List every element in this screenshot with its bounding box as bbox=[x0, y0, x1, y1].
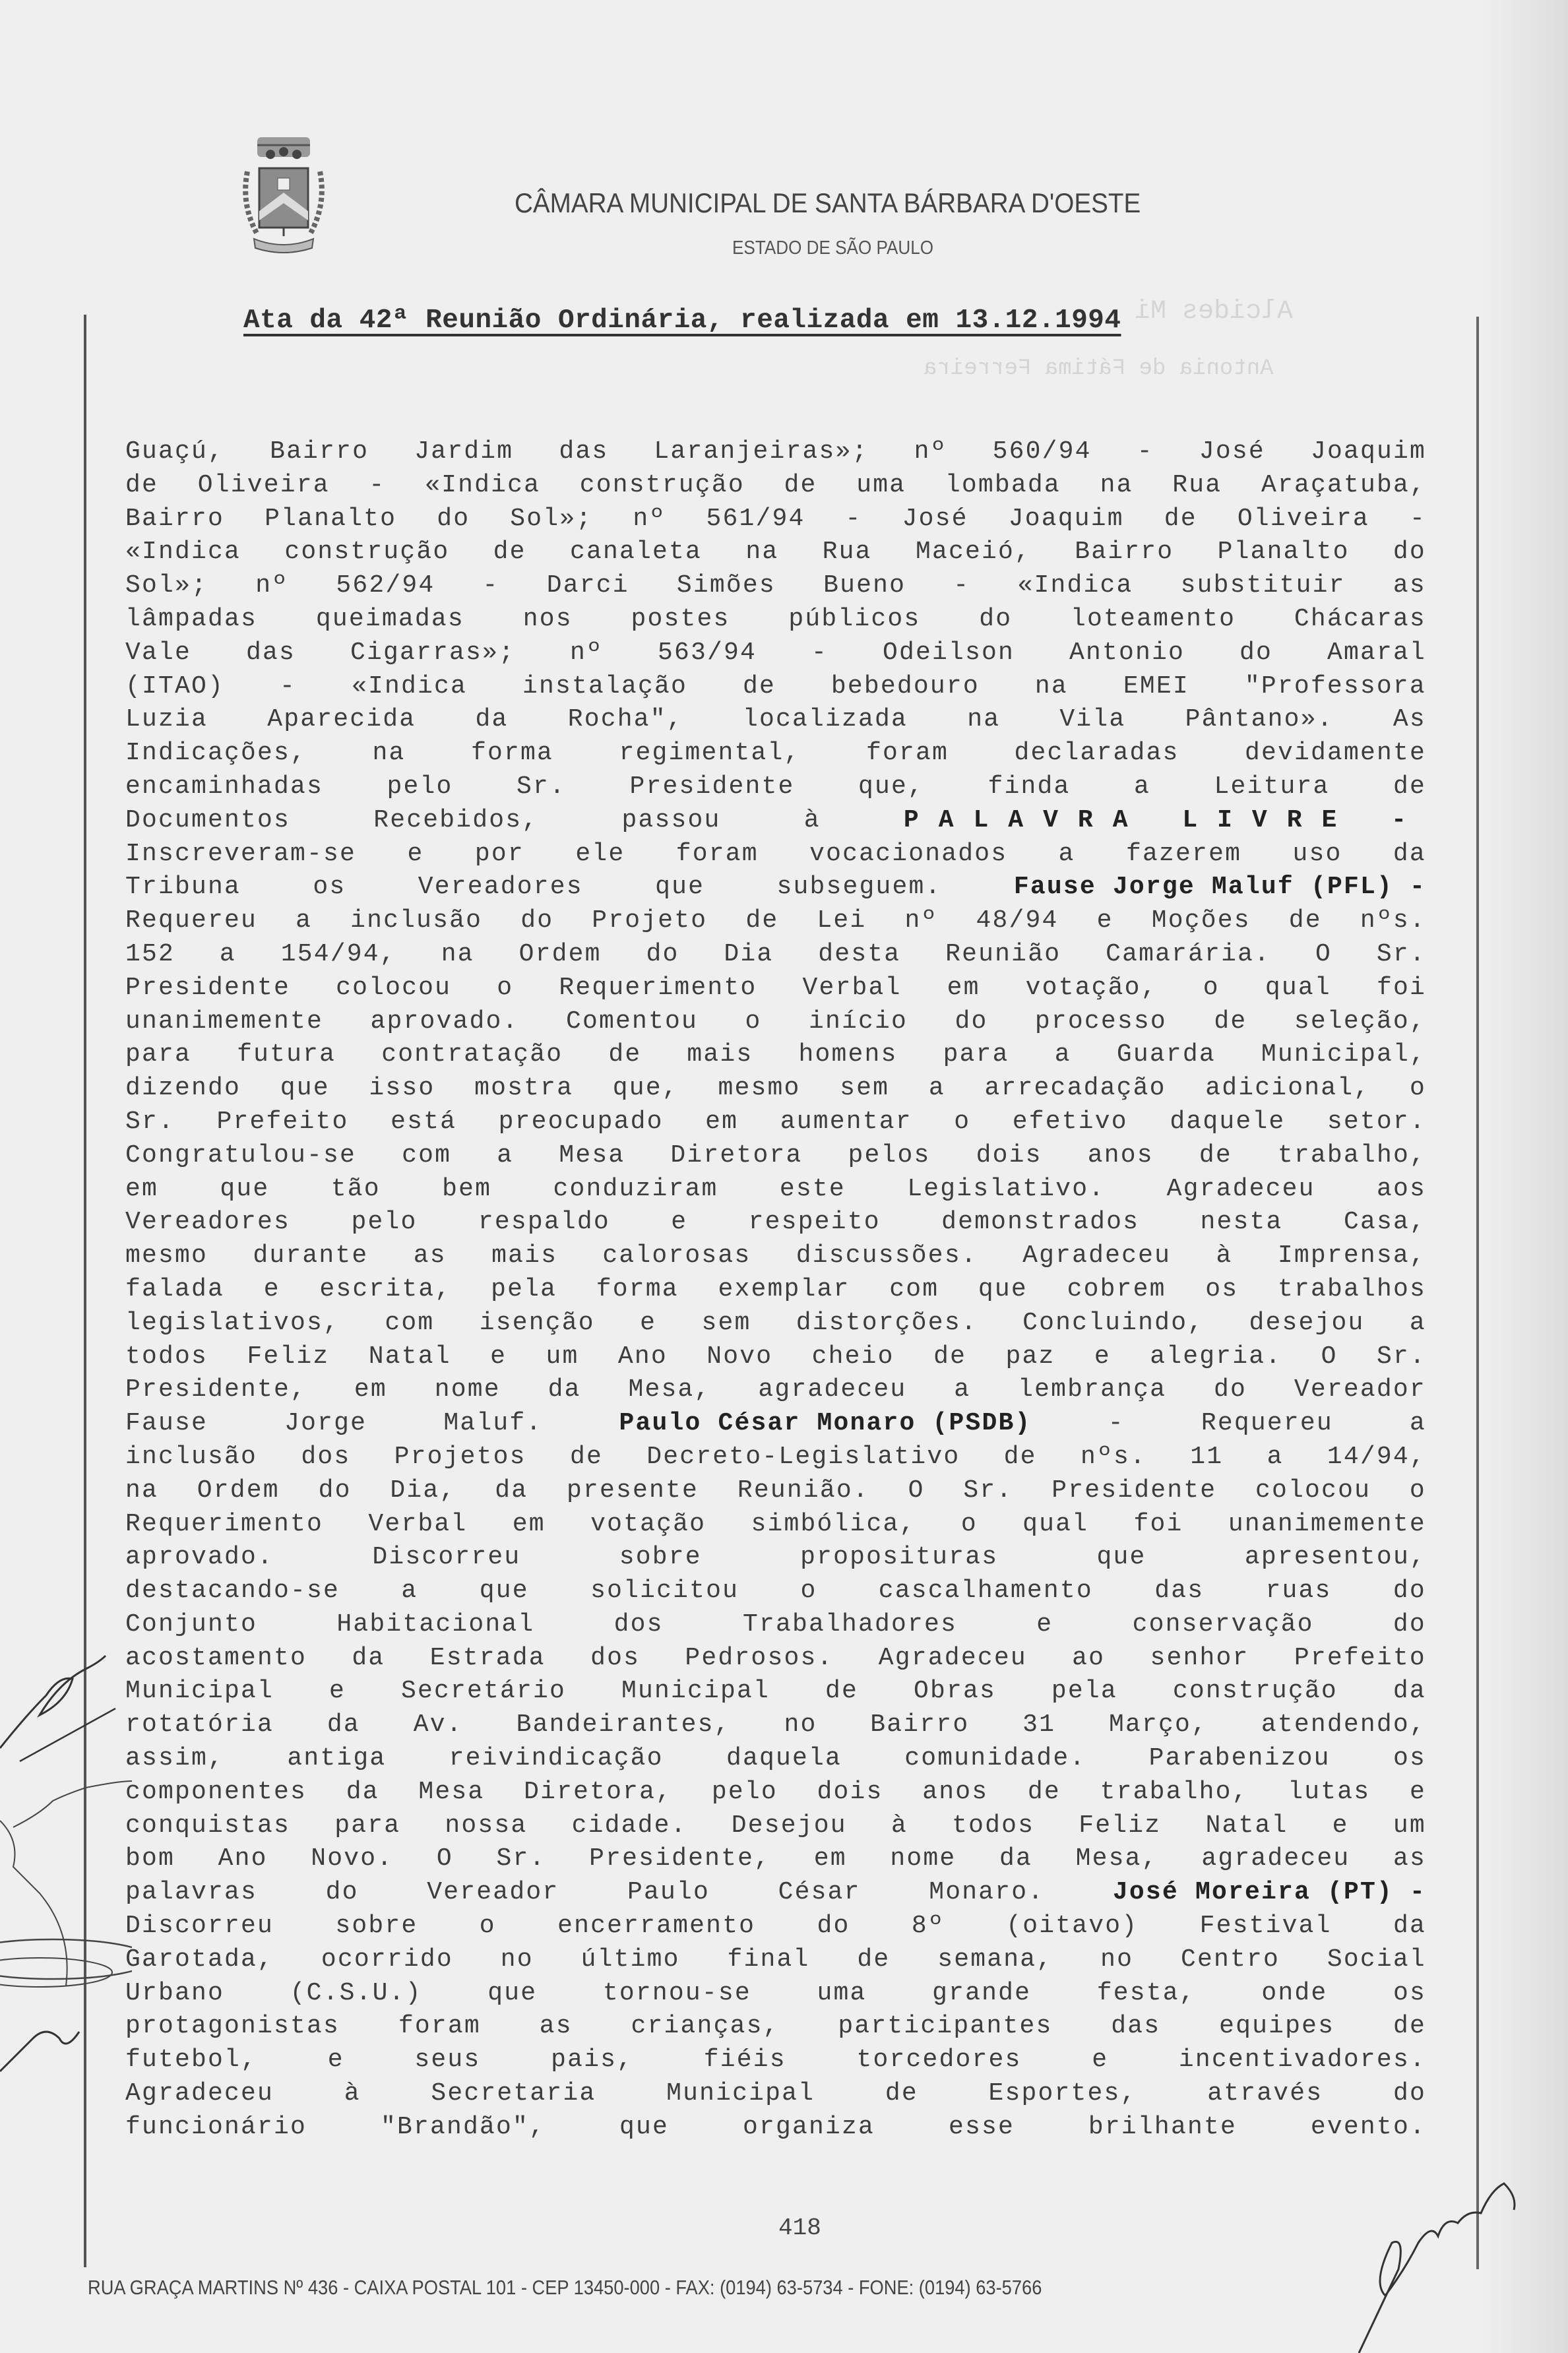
text-line: Indicações,naformaregimental,foramdeclar… bbox=[125, 737, 1426, 770]
text-line: faladaeescrita,pelaformaexemplarcomqueco… bbox=[125, 1273, 1426, 1307]
text-line: dizendoqueissomostraque,mesmosemaarrecad… bbox=[125, 1072, 1426, 1106]
text-line: AgradeceuàSecretariaMunicipaldeEsportes,… bbox=[125, 2077, 1426, 2111]
text-line: Sol»;nº562/94-DarciSimõesBueno-«Indicasu… bbox=[125, 569, 1426, 603]
text-line: TribunaosVereadoresquesubseguem.Fause Jo… bbox=[125, 871, 1426, 904]
coat-of-arms-icon bbox=[234, 132, 333, 257]
palavra-livre-heading: PALAVRA LIVRE - bbox=[904, 804, 1426, 838]
text-line: bomAnoNovo.OSr.Presidente,emnomedaMesa,a… bbox=[125, 1842, 1426, 1876]
text-line: Discorreusobreoencerramentodo8º(oitavo)F… bbox=[125, 1910, 1426, 1943]
page-edge-shadow bbox=[1482, 0, 1568, 2353]
text-line: acostamentodaEstradadosPedrosos.Agradece… bbox=[125, 1642, 1426, 1676]
page-border-left bbox=[84, 315, 86, 2267]
text-line: futebol,eseuspais,fiéistorcedoreseincent… bbox=[125, 2044, 1426, 2077]
text-line: rotatóriadaAv.Bandeirantes,noBairro31Mar… bbox=[125, 1709, 1426, 1742]
footer-address: RUA GRAÇA MARTINS Nº 436 - CAIXA POSTAL … bbox=[88, 2276, 1042, 2300]
text-line: 152a154/94,naOrdemdoDiadestaReuniãoCamar… bbox=[125, 938, 1426, 972]
text-line: mesmoduranteasmaiscalorosasdiscussões.Ag… bbox=[125, 1239, 1426, 1273]
text-line: RequerimentoVerbalemvotaçãosimbólica,oqu… bbox=[125, 1508, 1426, 1542]
signature-left-icon bbox=[0, 1616, 132, 2210]
text-line: FauseJorgeMaluf.Paulo César Monaro (PSDB… bbox=[125, 1407, 1426, 1441]
text-line: ValedasCigarras»;nº563/94-OdeilsonAntoni… bbox=[125, 637, 1426, 670]
text-line: legislativos,comisençãoesemdistorções.Co… bbox=[125, 1307, 1426, 1340]
text-line: lâmpadasqueimadasnospostespúblicosdolote… bbox=[125, 603, 1426, 637]
text-line: (ITAO)-«IndicainstalaçãodebebedouronaEME… bbox=[125, 670, 1426, 704]
speaker-name: Paulo César Monaro (PSDB) bbox=[619, 1407, 1031, 1441]
text-line: PresidentecolocouoRequerimentoVerbalemvo… bbox=[125, 972, 1426, 1005]
text-line: funcionário"Brandão",queorganizaessebril… bbox=[125, 2111, 1426, 2145]
text-line: «IndicaconstruçãodecanaletanaRuaMaceió,B… bbox=[125, 536, 1426, 569]
text-line: emquetãobemconduziramesteLegislativo.Agr… bbox=[125, 1173, 1426, 1207]
page-border-right bbox=[1476, 317, 1479, 2269]
text-line: naOrdemdoDia,dapresenteReunião.OSr.Presi… bbox=[125, 1474, 1426, 1508]
text-line: componentesdaMesaDiretora,pelodoisanosde… bbox=[125, 1776, 1426, 1809]
bleed-through-text: Alcides Mi bbox=[1135, 297, 1293, 327]
text-line: LuziaAparecidadaRocha",localizadanaVilaP… bbox=[125, 703, 1426, 737]
text-line: assim,antigareivindicaçãodaquelacomunida… bbox=[125, 1742, 1426, 1776]
text-line: ConjuntoHabitacionaldosTrabalhadoresecon… bbox=[125, 1608, 1426, 1642]
text-line: RequereuainclusãodoProjetodeLeinº48/94eM… bbox=[125, 904, 1426, 938]
document-title: Ata da 42ª Reunião Ordinária, realizada … bbox=[243, 305, 1121, 336]
text-line: unanimementeaprovado.Comentouoiníciodopr… bbox=[125, 1005, 1426, 1039]
text-line: DocumentosRecebidos,passouàPALAVRA LIVRE… bbox=[125, 804, 1426, 838]
speaker-name: José Moreira (PT) - bbox=[1113, 1876, 1426, 1910]
institution-name: CÂMARA MUNICIPAL DE SANTA BÁRBARA D'OEST… bbox=[515, 187, 1141, 219]
text-line: todosFelizNataleumAnoNovocheiodepazealeg… bbox=[125, 1340, 1426, 1374]
text-line: Congratulou-secomaMesaDiretorapelosdoisa… bbox=[125, 1139, 1426, 1173]
text-line: deOliveira-«Indicaconstruçãodeumalombada… bbox=[125, 469, 1426, 503]
text-line: parafuturacontrataçãodemaishomensparaaGu… bbox=[125, 1038, 1426, 1072]
bleed-through-text: Antonia de Fátima Ferreira bbox=[924, 356, 1274, 381]
text-line: Urbano(C.S.U.)quetornou-seumagrandefesta… bbox=[125, 1977, 1426, 2011]
text-line: BairroPlanaltodoSol»;nº561/94-JoséJoaqui… bbox=[125, 503, 1426, 536]
text-line: conquistasparanossacidade.DesejouàtodosF… bbox=[125, 1809, 1426, 1843]
text-line: Vereadorespelorespaldoerespeitodemonstra… bbox=[125, 1206, 1426, 1239]
text-line: Sr.Prefeitoestápreocupadoemaumentaroefet… bbox=[125, 1106, 1426, 1139]
document-body: Guaçú,BairroJardimdasLaranjeiras»;nº560/… bbox=[125, 435, 1426, 2145]
text-line: inclusãodosProjetosdeDecreto-Legislativo… bbox=[125, 1441, 1426, 1474]
page-number: 418 bbox=[778, 2214, 821, 2242]
text-line: Presidente,emnomedaMesa,agradeceualembra… bbox=[125, 1373, 1426, 1407]
text-line: Guaçú,BairroJardimdasLaranjeiras»;nº560/… bbox=[125, 435, 1426, 469]
text-line: MunicipaleSecretárioMunicipaldeObraspela… bbox=[125, 1675, 1426, 1709]
state-name: ESTADO DE SÃO PAULO bbox=[732, 237, 933, 259]
text-line: Inscreveram-seeporeleforamvocacionadosaf… bbox=[125, 838, 1426, 871]
text-line: Garotada,ocorridonoúltimofinaldesemana,n… bbox=[125, 1943, 1426, 1977]
text-line: palavrasdoVereadorPauloCésarMonaro.José … bbox=[125, 1876, 1426, 1910]
speaker-name: Fause Jorge Maluf (PFL) - bbox=[1014, 871, 1426, 904]
text-line: encaminhadaspeloSr.Presidenteque,findaaL… bbox=[125, 770, 1426, 804]
text-line: aprovado.Discorreusobrepropositurasqueap… bbox=[125, 1541, 1426, 1575]
text-line: protagonistasforamascrianças,participant… bbox=[125, 2010, 1426, 2044]
text-line: destacando-seaquesolicitouocascalhamento… bbox=[125, 1575, 1426, 1608]
